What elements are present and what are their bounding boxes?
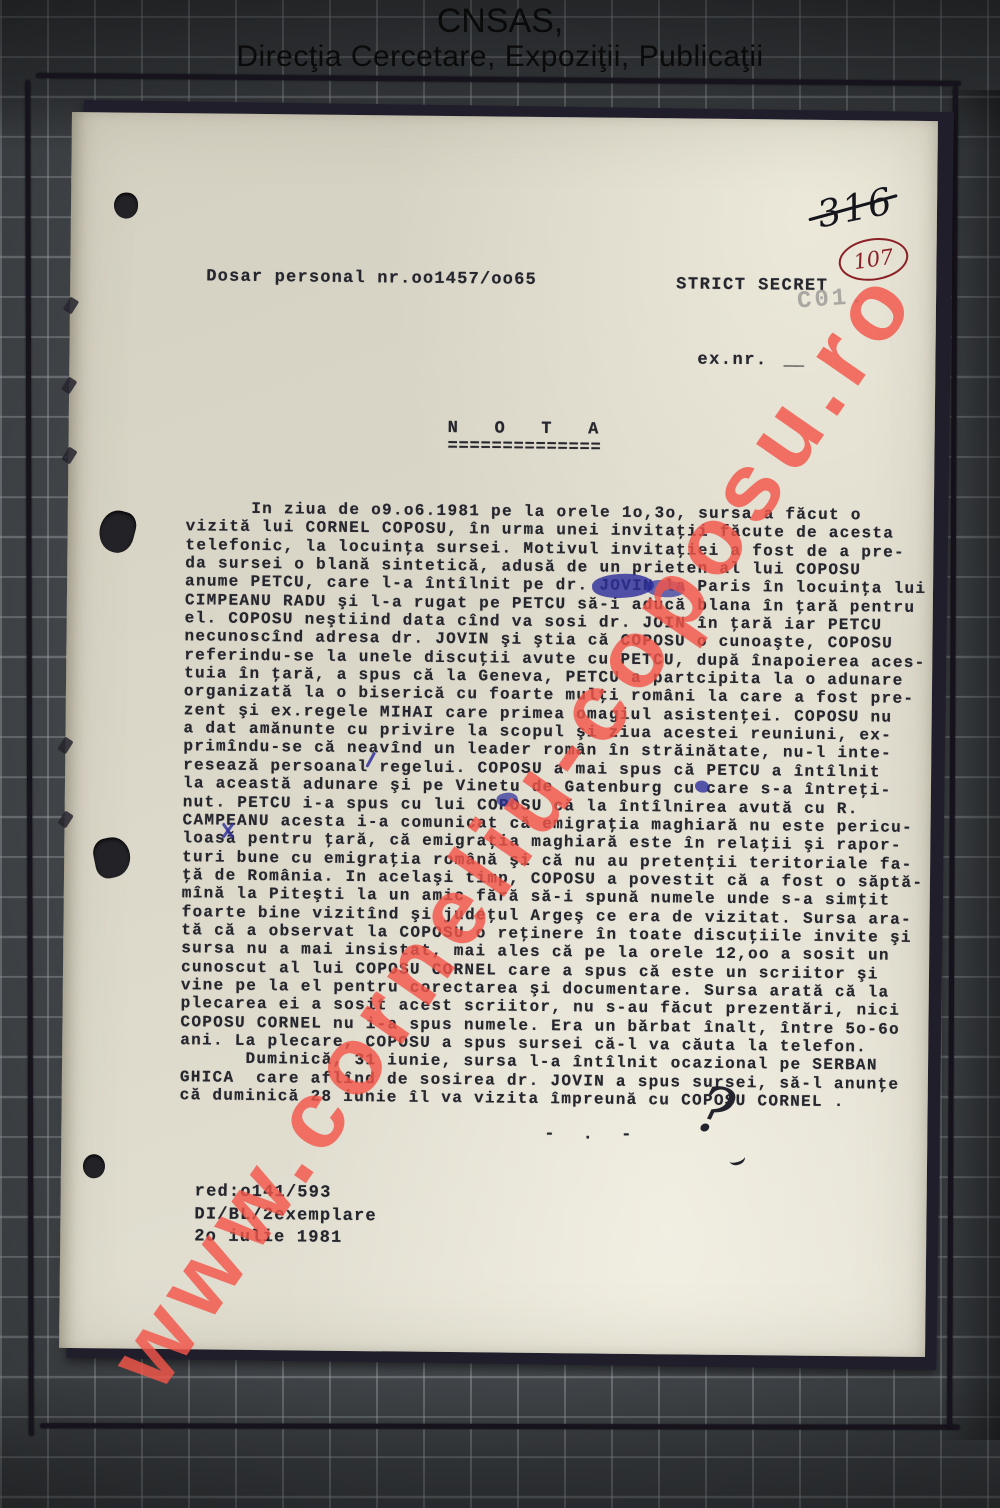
title-underline: ==============: [447, 437, 601, 458]
punch-hole: [114, 192, 138, 218]
punch-hole: [91, 834, 134, 880]
ink-correction-mark: [695, 781, 709, 793]
punch-hole: [83, 1154, 105, 1178]
header-org: CNSAS,: [0, 2, 1000, 41]
ex-nr-label: ex.nr.: [697, 351, 767, 371]
document-page: STRICT SECRET ex.nr.__ 316 107 C01. Dosa…: [59, 112, 938, 1357]
end-mark: - . -: [544, 1125, 637, 1145]
dossier-number-line: Dosar personal nr.oo1457/oo65: [206, 267, 537, 289]
header-dept: Direcţia Cercetare, Expoziţii, Publicaţi…: [0, 40, 1000, 74]
punch-hole: [95, 507, 139, 556]
pen-tick-mark: [728, 1151, 747, 1167]
